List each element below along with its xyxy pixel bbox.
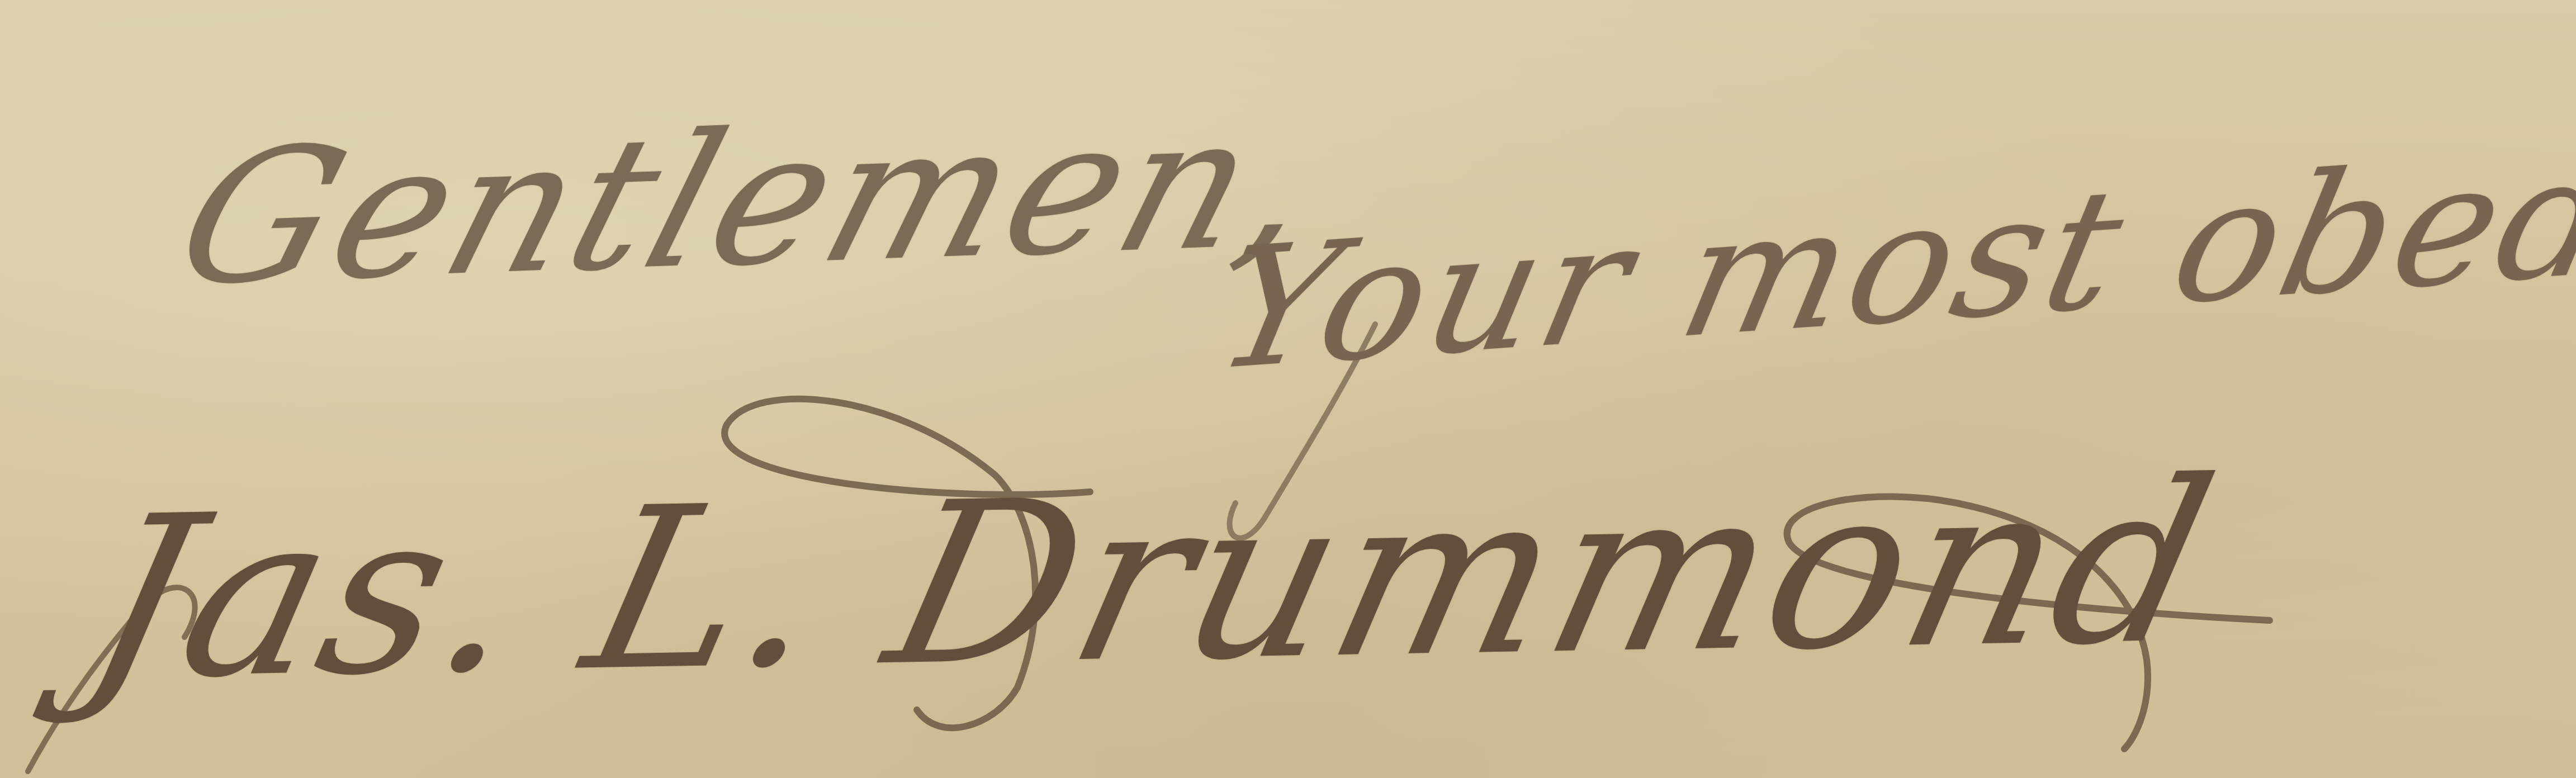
closing-text: Your most obedt. xyxy=(1202,108,2576,407)
salutation-text: Gentlemen, xyxy=(157,73,1343,326)
signature-text: Jas. L. Drummond xyxy=(67,433,2237,729)
aged-paper-background: Gentlemen, Your most obedt. Jas. L. Drum… xyxy=(0,0,2576,778)
